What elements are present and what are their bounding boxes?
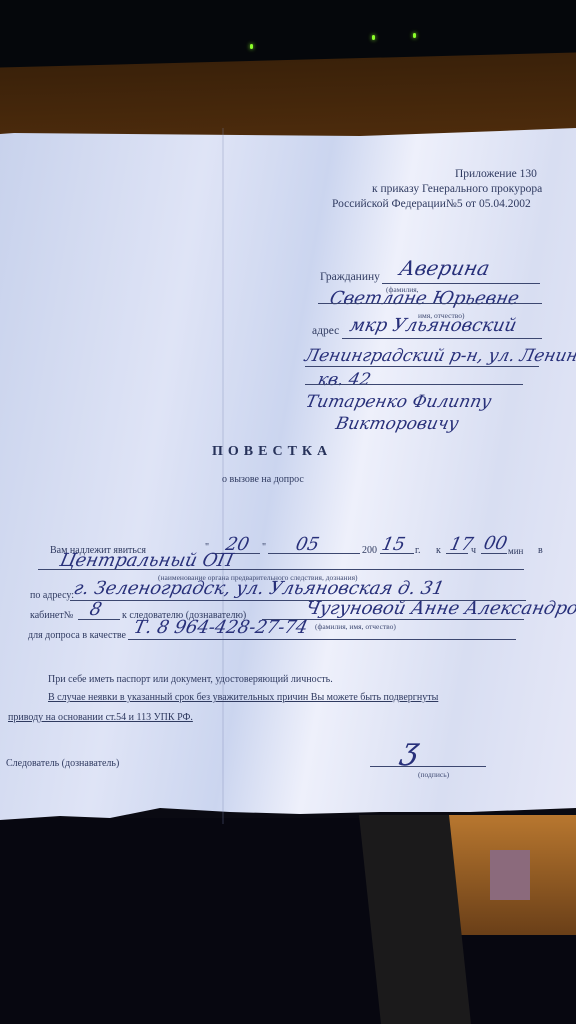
document-title: ПОВЕСТКА: [212, 444, 332, 460]
capacity-value: Т. 8 964-428-27-74: [132, 617, 310, 638]
in-label: в: [538, 545, 543, 556]
capacity-line: [128, 639, 516, 640]
month-line: [268, 553, 360, 554]
investigator-name: Чугуновой Анне Александровне: [304, 598, 576, 619]
signature-line: [370, 766, 486, 767]
quote-close: ": [262, 542, 266, 553]
minute-label: мин: [508, 546, 523, 556]
warning-line-2: приводу на основании ст.54 и 113 УПК РФ.: [8, 712, 193, 723]
address-line-4: Титаренко Филиппу: [304, 392, 493, 412]
federation-line: Российской Федерации№5 от 05.04.2002: [332, 198, 531, 210]
at-label: к: [436, 545, 441, 556]
name-line: [318, 303, 542, 304]
order-line: к приказу Генерального прокурора: [372, 183, 542, 195]
passport-note: При себе иметь паспорт или документ, удо…: [48, 674, 333, 685]
cabinet-line: [78, 619, 120, 620]
summons-address-label: по адресу:: [30, 590, 74, 601]
warning-line-1: В случае неявки в указанный срок без ува…: [48, 692, 438, 703]
address-line-1: мкр Ульяновский: [348, 315, 519, 336]
capacity-label: для допроса в качестве: [28, 630, 126, 641]
summons-minute: 00: [482, 533, 509, 554]
signature-label: Следователь (дознаватель): [6, 758, 119, 769]
minute-line: [481, 553, 507, 554]
investigator-caption: (фамилия, имя, отчество): [315, 622, 396, 631]
address-label: адрес: [312, 325, 339, 337]
year-prefix: 200: [362, 545, 377, 556]
surname-line: [382, 283, 540, 284]
address-line-3: кв. 42: [316, 370, 373, 390]
recipient-label: Гражданину: [320, 271, 380, 283]
address-line-2: Ленинградский р-н, ул. Ленина д. 23: [303, 346, 576, 366]
recipient-surname: Аверина: [397, 256, 492, 280]
summons-year: 15: [380, 534, 407, 555]
organ-line: [38, 569, 524, 570]
router-led-icon: [413, 33, 416, 38]
cabinet-label: кабинет№: [30, 610, 73, 621]
address-line-1-rule: [342, 338, 542, 339]
router-led-icon: [372, 35, 375, 40]
appendix-number: Приложение 130: [455, 168, 537, 180]
summons-address: г. Зеленоградск, ул. Ульяновская д. 31: [72, 578, 446, 599]
address-line-5: Викторовичу: [334, 414, 461, 434]
recipient-name: Светлане Юрьевне: [328, 288, 521, 309]
address-line-3-rule: [305, 384, 523, 385]
background-cloth: [490, 850, 530, 900]
address-line-2-rule: [305, 366, 539, 367]
hour-line: [446, 553, 468, 554]
year-line: [380, 553, 414, 554]
signature-caption: (подпись): [418, 770, 449, 779]
document-subtitle: о вызове на допрос: [222, 474, 304, 485]
year-label: г.: [415, 545, 420, 556]
router-led-icon: [250, 44, 253, 49]
summons-month: 05: [294, 534, 321, 555]
summons-organ: Центральный ОП: [58, 550, 236, 571]
hour-label: ч: [471, 545, 476, 556]
